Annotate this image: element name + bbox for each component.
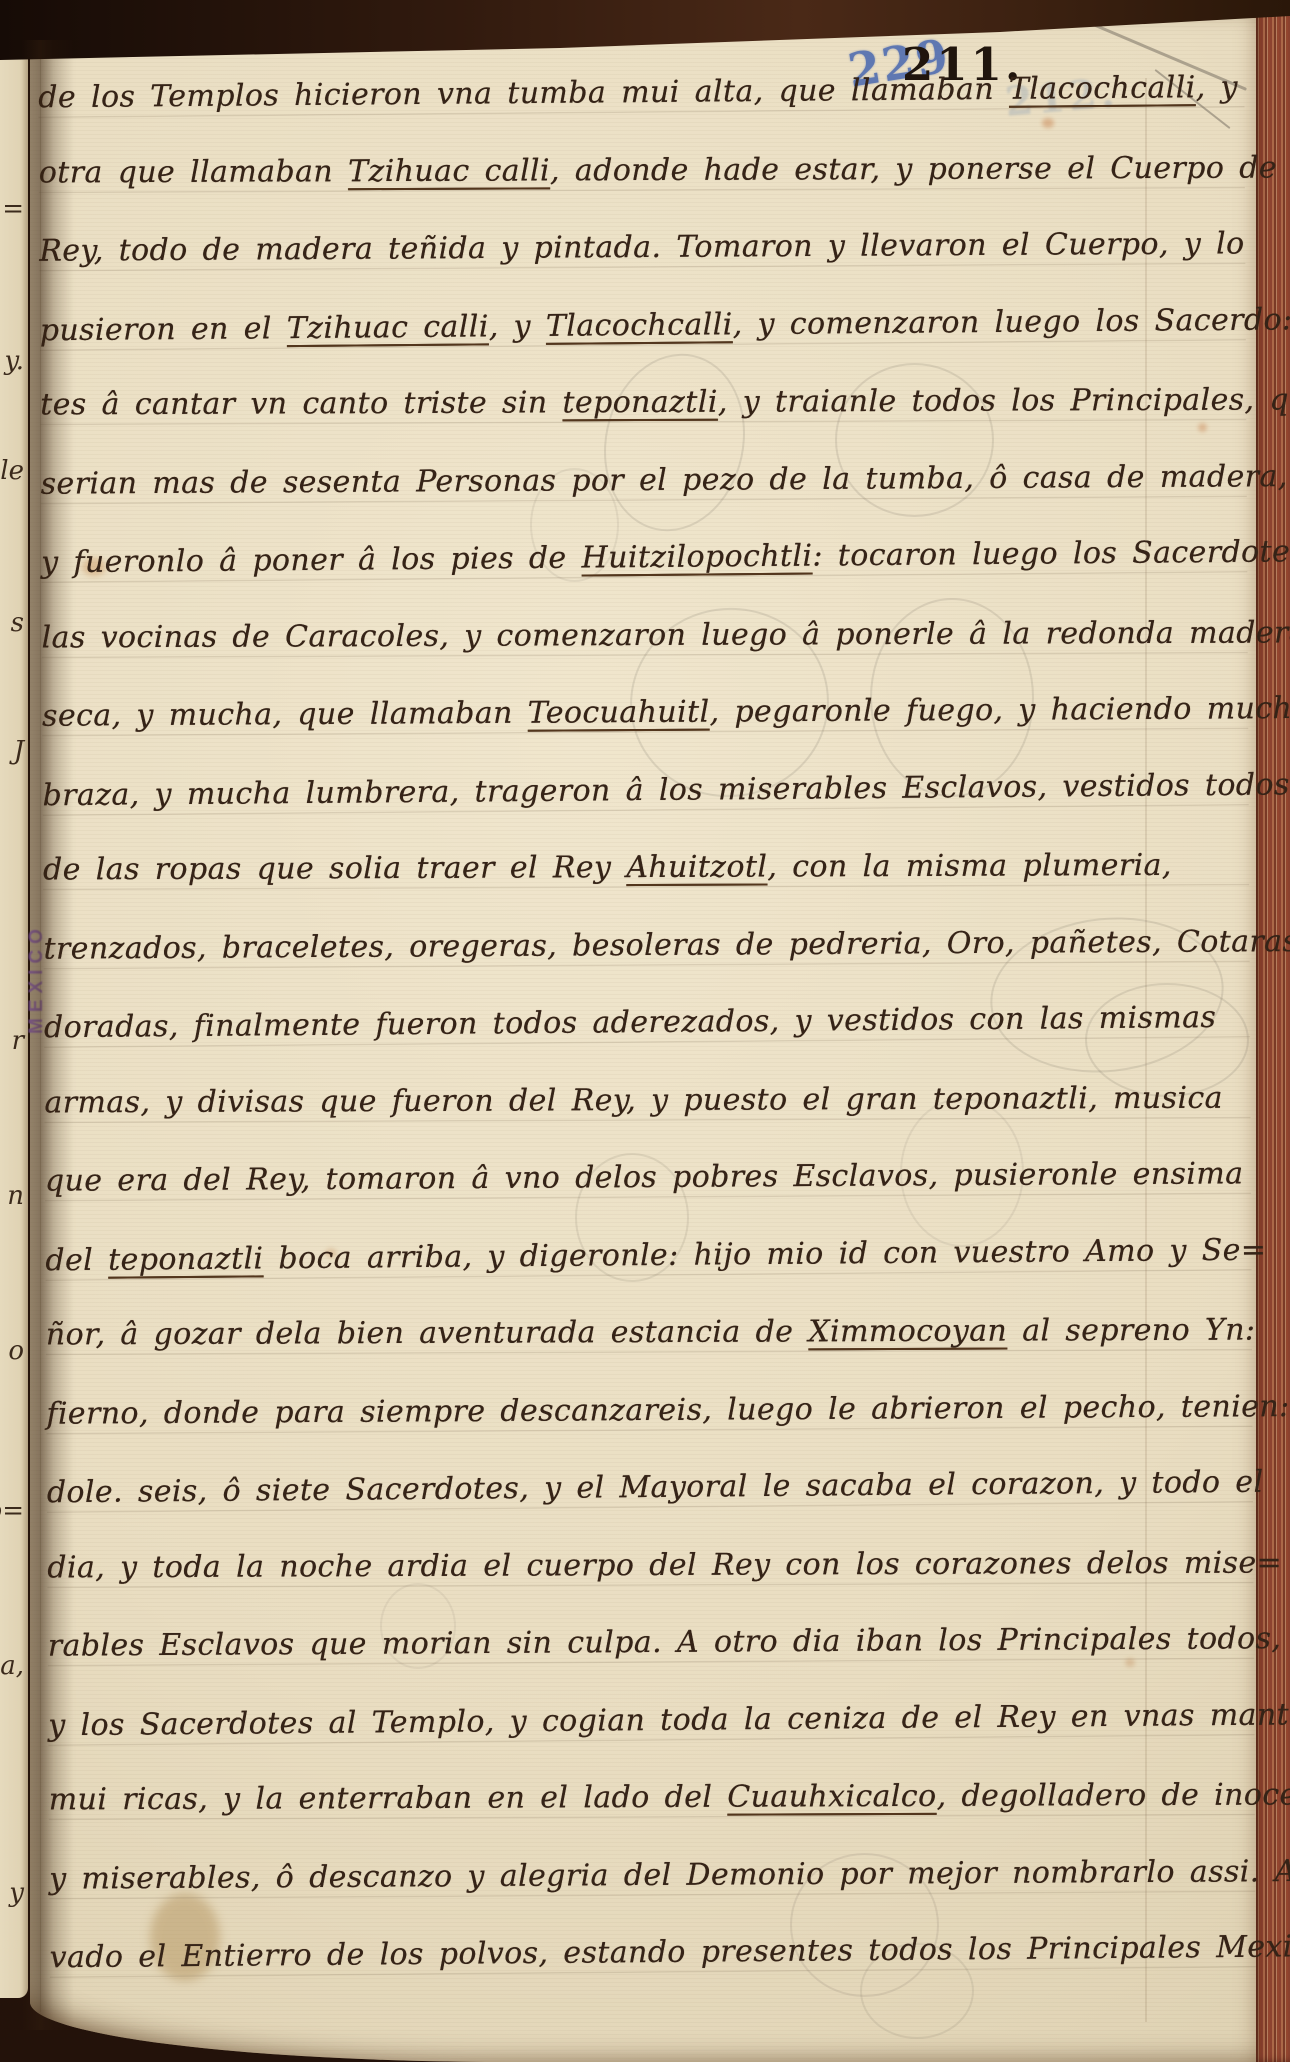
manuscript-text: ñor, â gozar dela bien aventurada estanc… [46, 1314, 809, 1352]
manuscript-photo: =y.lesJrnoo=a,y 229 211. 212. M [0, 0, 1290, 2062]
manuscript-text: dia, y toda la noche ardia el cuerpo del… [47, 1545, 1282, 1585]
manuscript-text: serian mas de sesenta Personas por el pe… [41, 459, 1288, 502]
manuscript-page: 229 211. 212. MEXICO de los Templos hici… [30, 18, 1256, 2062]
manuscript-line: que era del Rey, tomaron â vno delos pob… [45, 1135, 1251, 1220]
manuscript-line: armas, y divisas que fueron del Rey, y p… [44, 1059, 1250, 1141]
manuscript-text: al sepreno Yn: [1007, 1313, 1255, 1349]
manuscript-line: y miserables, ô descanzo y alegria del D… [49, 1833, 1255, 1918]
manuscript-text: que era del Rey, tomaron â vno delos pob… [45, 1156, 1244, 1198]
manuscript-line: trenzados, braceletes, oregeras, besoler… [43, 903, 1249, 988]
manuscript-line: dole. seis, ô siete Sacerdotes, y el May… [47, 1444, 1254, 1532]
underlined-nahuatl-term: Tzihuac calli [348, 153, 550, 189]
manuscript-text: , y [1195, 70, 1238, 105]
facing-page-fragment: y [9, 1878, 24, 1908]
underlined-nahuatl-term: Tlacochcalli [546, 307, 733, 344]
manuscript-text: , y comenzaron luego los Sacerdo: [732, 302, 1290, 342]
underlined-nahuatl-term: teponaztli [108, 1241, 264, 1277]
facing-page-fragment: o [8, 1336, 24, 1366]
manuscript-line: doradas, finalmente fueron todos adereza… [44, 979, 1251, 1067]
manuscript-text: del [45, 1242, 108, 1278]
manuscript-text: seca, y mucha, que llamaban [42, 696, 528, 734]
manuscript-line: otra que llamaban Tzihuac calli, adonde … [39, 129, 1245, 211]
manuscript-line: ñor, â gozar dela bien aventurada estanc… [46, 1292, 1252, 1374]
manuscript-text: , adonde hade estar, y ponerse el Cuerpo… [550, 150, 1290, 188]
manuscript-text: armas, y divisas que fueron del Rey, y p… [44, 1080, 1223, 1120]
manuscript-text: dole. seis, ô siete Sacerdotes, y el May… [47, 1465, 1264, 1511]
manuscript-line: las vocinas de Caracoles, y comenzaron l… [41, 594, 1247, 676]
facing-page-fragment: = [2, 194, 24, 224]
underlined-nahuatl-term: Tlacochcalli [1009, 70, 1196, 107]
underlined-nahuatl-term: Tzihuac calli [287, 309, 489, 346]
manuscript-text: tes â cantar vn canto triste sin [40, 385, 562, 422]
facing-page-fragment: o= [0, 1496, 24, 1526]
manuscript-line: de los Templos hicieron vna tumba mui al… [38, 49, 1245, 137]
manuscript-text: y los Sacerdotes al Templo, y cogian tod… [48, 1697, 1290, 1743]
manuscript-line: y los Sacerdotes al Templo, y cogian tod… [48, 1676, 1255, 1764]
manuscript-text: vado el Entierro de los polvos, estando … [50, 1929, 1290, 1976]
manuscript-line: mui ricas, y la enterraban en el lado de… [49, 1757, 1255, 1839]
facing-page-fragment: n [7, 1181, 24, 1211]
manuscript-line: dia, y toda la noche ardia el cuerpo del… [47, 1524, 1253, 1606]
manuscript-text: , pegaronle fuego, y haciendo mucha [709, 691, 1290, 730]
manuscript-line: tes â cantar vn canto triste sin teponaz… [40, 362, 1246, 444]
manuscript-text: y fueronlo â poner â los pies de [41, 541, 582, 581]
manuscript-text: : tocaron luego los Sacerdotes [812, 534, 1290, 573]
manuscript-text: de las ropas que solia traer el Rey [43, 850, 626, 887]
manuscript-text: fierno, donde para siempre descanzareis,… [46, 1389, 1289, 1432]
underlined-nahuatl-term: Ahuitzotl [626, 850, 767, 886]
manuscript-text: , con la misma plumeria, [767, 848, 1172, 885]
manuscript-text: de los Templos hicieron vna tumba mui al… [38, 72, 1009, 115]
manuscript-line: Rey, todo de madera teñida y pintada. To… [39, 205, 1245, 290]
manuscript-text-block: de los Templos hicieron vna tumba mui al… [38, 50, 1256, 1995]
manuscript-line: de las ropas que solia traer el Rey Ahui… [43, 827, 1249, 909]
manuscript-text: Rey, todo de madera teñida y pintada. To… [39, 226, 1244, 268]
manuscript-text: doradas, finalmente fueron todos adereza… [44, 1000, 1217, 1045]
manuscript-line: seca, y mucha, que llamaban Teocuahuitl,… [42, 670, 1248, 755]
manuscript-text: pusieron en el [40, 311, 287, 348]
underlined-nahuatl-term: Teocuahuitl [528, 695, 710, 731]
manuscript-text: , degolladero de inocentes [936, 1777, 1290, 1814]
manuscript-line: vado el Entierro de los polvos, estando … [49, 1909, 1256, 1997]
facing-page-fragment: s [11, 608, 24, 638]
manuscript-line: braza, y mucha lumbrera, trageron â los … [42, 746, 1249, 834]
underlined-nahuatl-term: teponaztli [562, 385, 717, 421]
manuscript-line: y fueronlo â poner â los pies de Huitzil… [41, 514, 1248, 602]
manuscript-text: , y traianle todos los Principales, que [718, 382, 1290, 419]
manuscript-text: otra que llamaban [39, 154, 348, 190]
manuscript-line: serian mas de sesenta Personas por el pe… [40, 438, 1246, 523]
manuscript-text: mui ricas, y la enterraban en el lado de… [49, 1780, 728, 1818]
manuscript-line: rables Esclavos que morian sin culpa. A … [48, 1600, 1254, 1685]
facing-page-fragment: a, [0, 1651, 24, 1681]
facing-page-fragment: J [14, 736, 24, 766]
manuscript-text: braza, y mucha lumbrera, trageron â los … [42, 767, 1289, 813]
manuscript-line: fierno, donde para siempre descanzareis,… [46, 1368, 1252, 1453]
manuscript-text: boca arriba, y digeronle: hijo mio id co… [263, 1232, 1266, 1276]
underlined-nahuatl-term: Huitzilopochtli [581, 539, 812, 576]
facing-page-fragment: le [0, 456, 24, 486]
manuscript-line: pusieron en el Tzihuac calli, y Tlacochc… [39, 281, 1246, 369]
underlined-nahuatl-term: Cuauhxicalco [727, 1779, 936, 1815]
manuscript-text: las vocinas de Caracoles, y comenzaron l… [42, 615, 1290, 655]
manuscript-text: rables Esclavos que morian sin culpa. A … [48, 1621, 1282, 1664]
manuscript-text: , y [489, 308, 546, 343]
manuscript-text: trenzados, braceletes, oregeras, besoler… [43, 923, 1290, 966]
manuscript-text: y miserables, ô descanzo y alegria del D… [49, 1853, 1290, 1896]
underlined-nahuatl-term: Ximmocoyan [808, 1314, 1007, 1350]
manuscript-line: del teponaztli boca arriba, y digeronle:… [45, 1211, 1252, 1299]
facing-page-fragment: y. [5, 346, 25, 376]
